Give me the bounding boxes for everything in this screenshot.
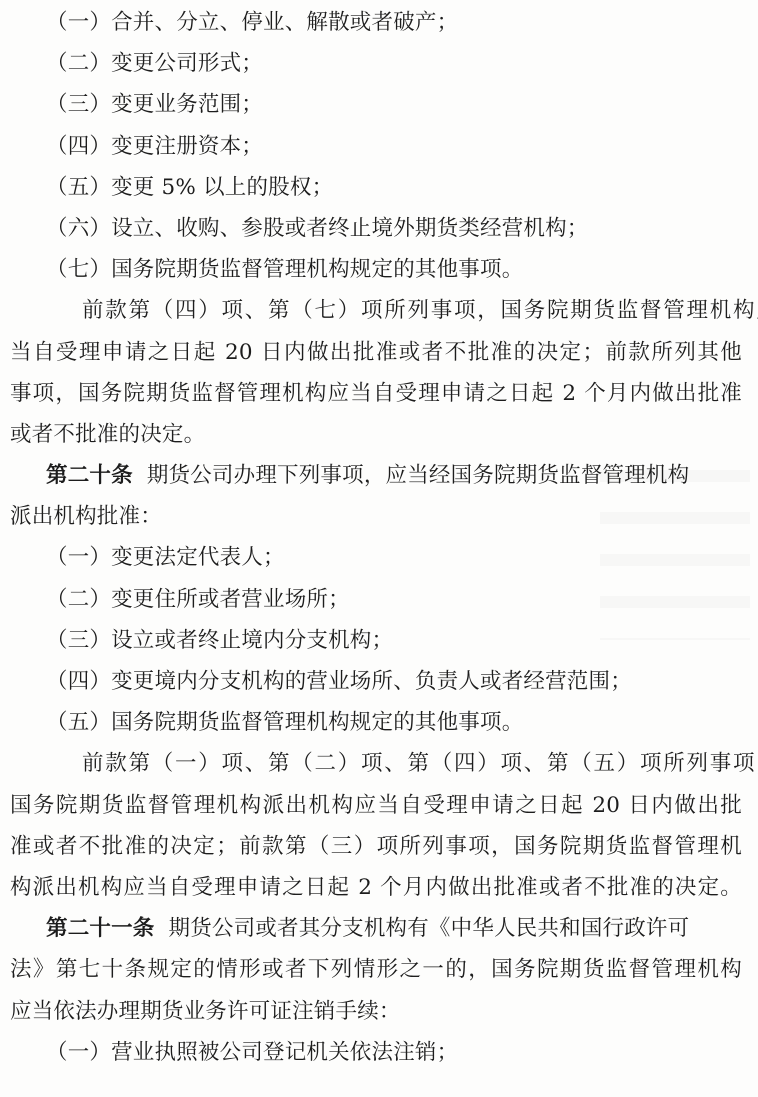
list-item: （一）变更法定代表人； — [10, 537, 748, 578]
paragraph-line: 法》第七十条规定的情形或者下列情形之一的，国务院期货监督管理机构 — [10, 949, 748, 990]
list-item: （三）变更业务范围； — [10, 84, 748, 125]
paragraph-line: 准或者不批准的决定；前款第（三）项所列事项，国务院期货监督管理机 — [10, 826, 748, 867]
list-item: （二）变更公司形式； — [10, 43, 748, 84]
document-body: （一）合并、分立、停业、解散或者破产； （二）变更公司形式； （三）变更业务范围… — [10, 2, 748, 1073]
article-intro: 期货公司或者其分支机构有《中华人民共和国行政许可 — [169, 916, 690, 941]
paragraph-text: 准或者不批准的决定；前款第（三）项所列事项，国务院期货监督管理机 — [10, 826, 742, 867]
paragraph-text: 构派出机构应当自受理申请之日起 2 个月内做出批准或者不批准的决定。 — [10, 867, 742, 908]
paragraph-text: 前款第（一）项、第（二）项、第（四）项、第（五）项所列事项， — [46, 743, 758, 784]
paragraph-line: 或者不批准的决定。 — [10, 414, 748, 455]
paragraph-text: 法》第七十条规定的情形或者下列情形之一的，国务院期货监督管理机构 — [10, 949, 742, 990]
article-intro: 期货公司办理下列事项，应当经国务院期货监督管理机构 — [147, 463, 690, 488]
list-item: （五）变更 5% 以上的股权； — [10, 167, 748, 208]
paragraph-line: 当自受理申请之日起 20 日内做出批准或者不批准的决定；前款所列其他 — [10, 332, 748, 373]
paragraph-line: 应当依法办理期货业务许可证注销手续： — [10, 991, 748, 1032]
list-item: （五）国务院期货监督管理机构规定的其他事项。 — [10, 702, 748, 743]
list-item: （一）合并、分立、停业、解散或者破产； — [10, 2, 748, 43]
list-item: （一）营业执照被公司登记机关依法注销； — [10, 1032, 748, 1073]
paragraph-text: 国务院期货监督管理机构派出机构应当自受理申请之日起 20 日内做出批 — [10, 785, 742, 826]
list-item: （七）国务院期货监督管理机构规定的其他事项。 — [10, 249, 748, 290]
paragraph-line: 派出机构批准： — [10, 496, 748, 537]
paragraph-line: 国务院期货监督管理机构派出机构应当自受理申请之日起 20 日内做出批 — [10, 785, 748, 826]
paragraph-text: 事项，国务院期货监督管理机构应当自受理申请之日起 2 个月内做出批准 — [10, 373, 742, 414]
article-title: 第二十条 — [46, 463, 133, 488]
list-item: （四）变更境内分支机构的营业场所、负责人或者经营范围； — [10, 661, 748, 702]
paragraph-line: 前款第（一）项、第（二）项、第（四）项、第（五）项所列事项， — [10, 743, 748, 784]
paragraph-text: 当自受理申请之日起 20 日内做出批准或者不批准的决定；前款所列其他 — [10, 332, 742, 373]
list-item: （六）设立、收购、参股或者终止境外期货类经营机构； — [10, 208, 748, 249]
article-heading-line: 第二十一条期货公司或者其分支机构有《中华人民共和国行政许可 — [10, 908, 748, 949]
paragraph-text: 前款第（四）项、第（七）项所列事项，国务院期货监督管理机构应 — [46, 290, 758, 331]
document-page: （一）合并、分立、停业、解散或者破产； （二）变更公司形式； （三）变更业务范围… — [0, 0, 758, 1097]
article-heading-line: 第二十条期货公司办理下列事项，应当经国务院期货监督管理机构 — [10, 455, 748, 496]
list-item: （四）变更注册资本； — [10, 126, 748, 167]
article-title: 第二十一条 — [46, 916, 155, 941]
list-item: （三）设立或者终止境内分支机构； — [10, 620, 748, 661]
paragraph-line: 事项，国务院期货监督管理机构应当自受理申请之日起 2 个月内做出批准 — [10, 373, 748, 414]
list-item: （二）变更住所或者营业场所； — [10, 579, 748, 620]
paragraph-line: 前款第（四）项、第（七）项所列事项，国务院期货监督管理机构应 — [10, 290, 748, 331]
paragraph-line: 构派出机构应当自受理申请之日起 2 个月内做出批准或者不批准的决定。 — [10, 867, 748, 908]
